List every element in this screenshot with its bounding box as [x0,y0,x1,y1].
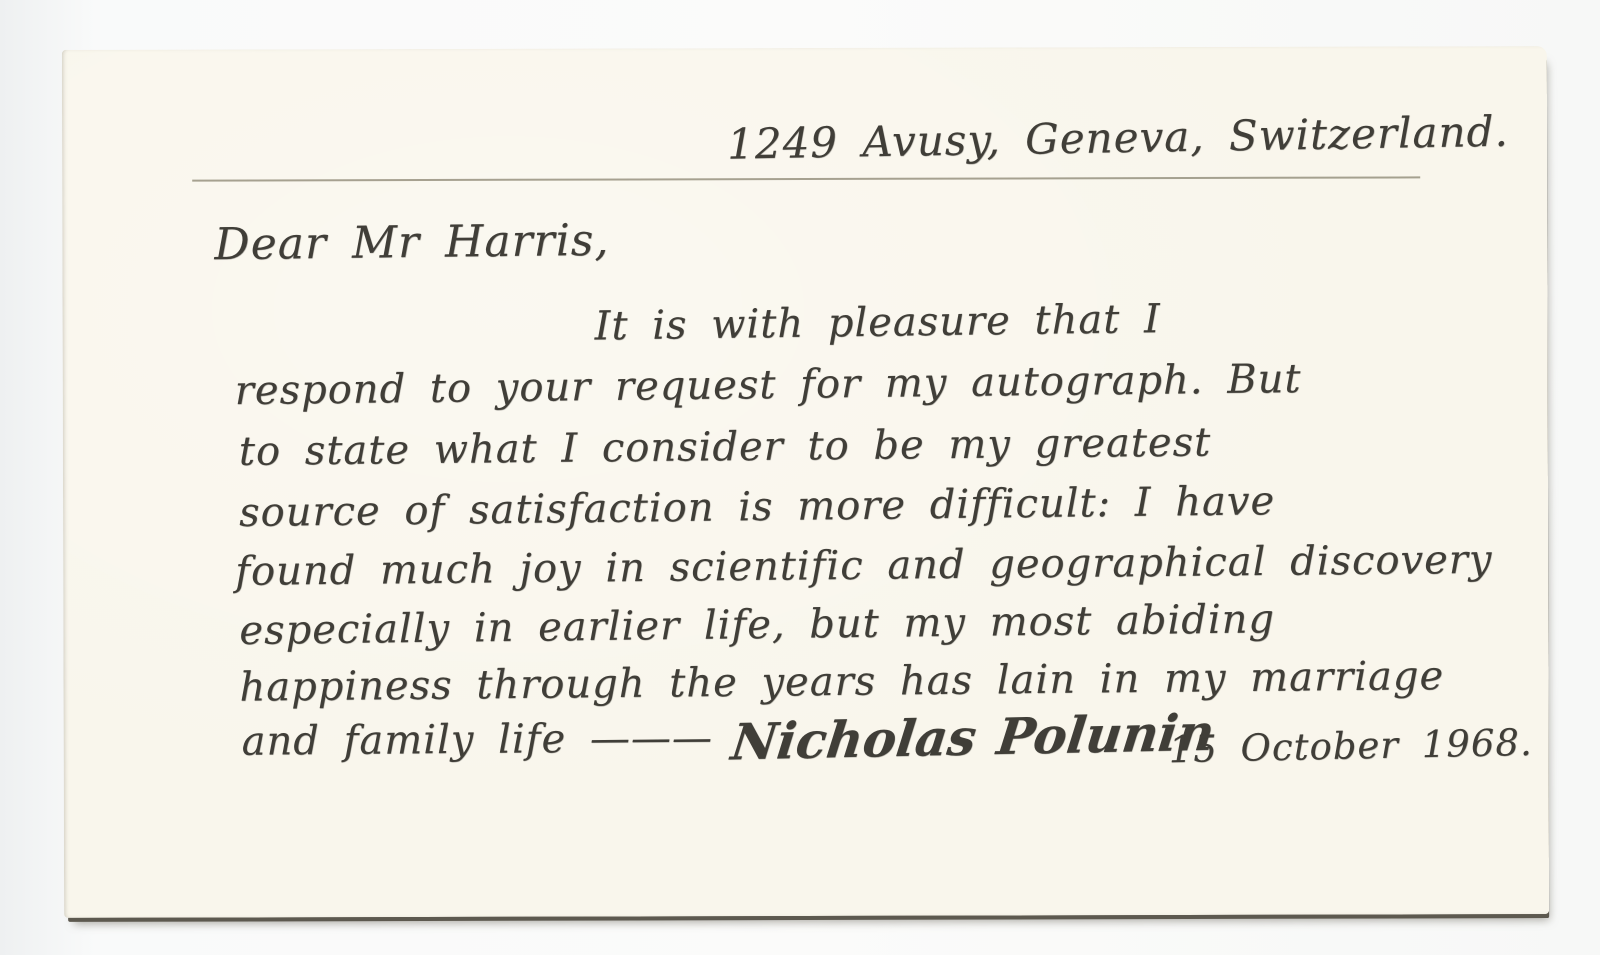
address-line: 1249 Avusy, Geneva, Switzerland. [727,107,1509,169]
body-line: respond to your request for my autograph… [235,356,1302,414]
body-line: and family life ——— [242,715,714,765]
signature: Nicholas Polunin [728,703,1217,772]
printed-rule [192,176,1420,181]
scan-photo: 1249 Avusy, Geneva, Switzerland. Dear Mr… [0,0,1600,955]
body-line: happiness through the years has lain in … [239,653,1444,711]
body-line: It is with pleasure that I [594,296,1161,349]
body-line: found much joy in scientific and geograp… [235,537,1493,595]
note-card: 1249 Avusy, Geneva, Switzerland. Dear Mr… [62,46,1549,918]
salutation: Dear Mr Harris, [214,215,610,270]
date-line: 15 October 1968. [1168,721,1533,771]
body-line: to state what I consider to be my greate… [239,420,1212,475]
body-line: especially in earlier life, but my most … [239,596,1275,654]
body-line: source of satisfaction is more difficult… [239,478,1276,536]
